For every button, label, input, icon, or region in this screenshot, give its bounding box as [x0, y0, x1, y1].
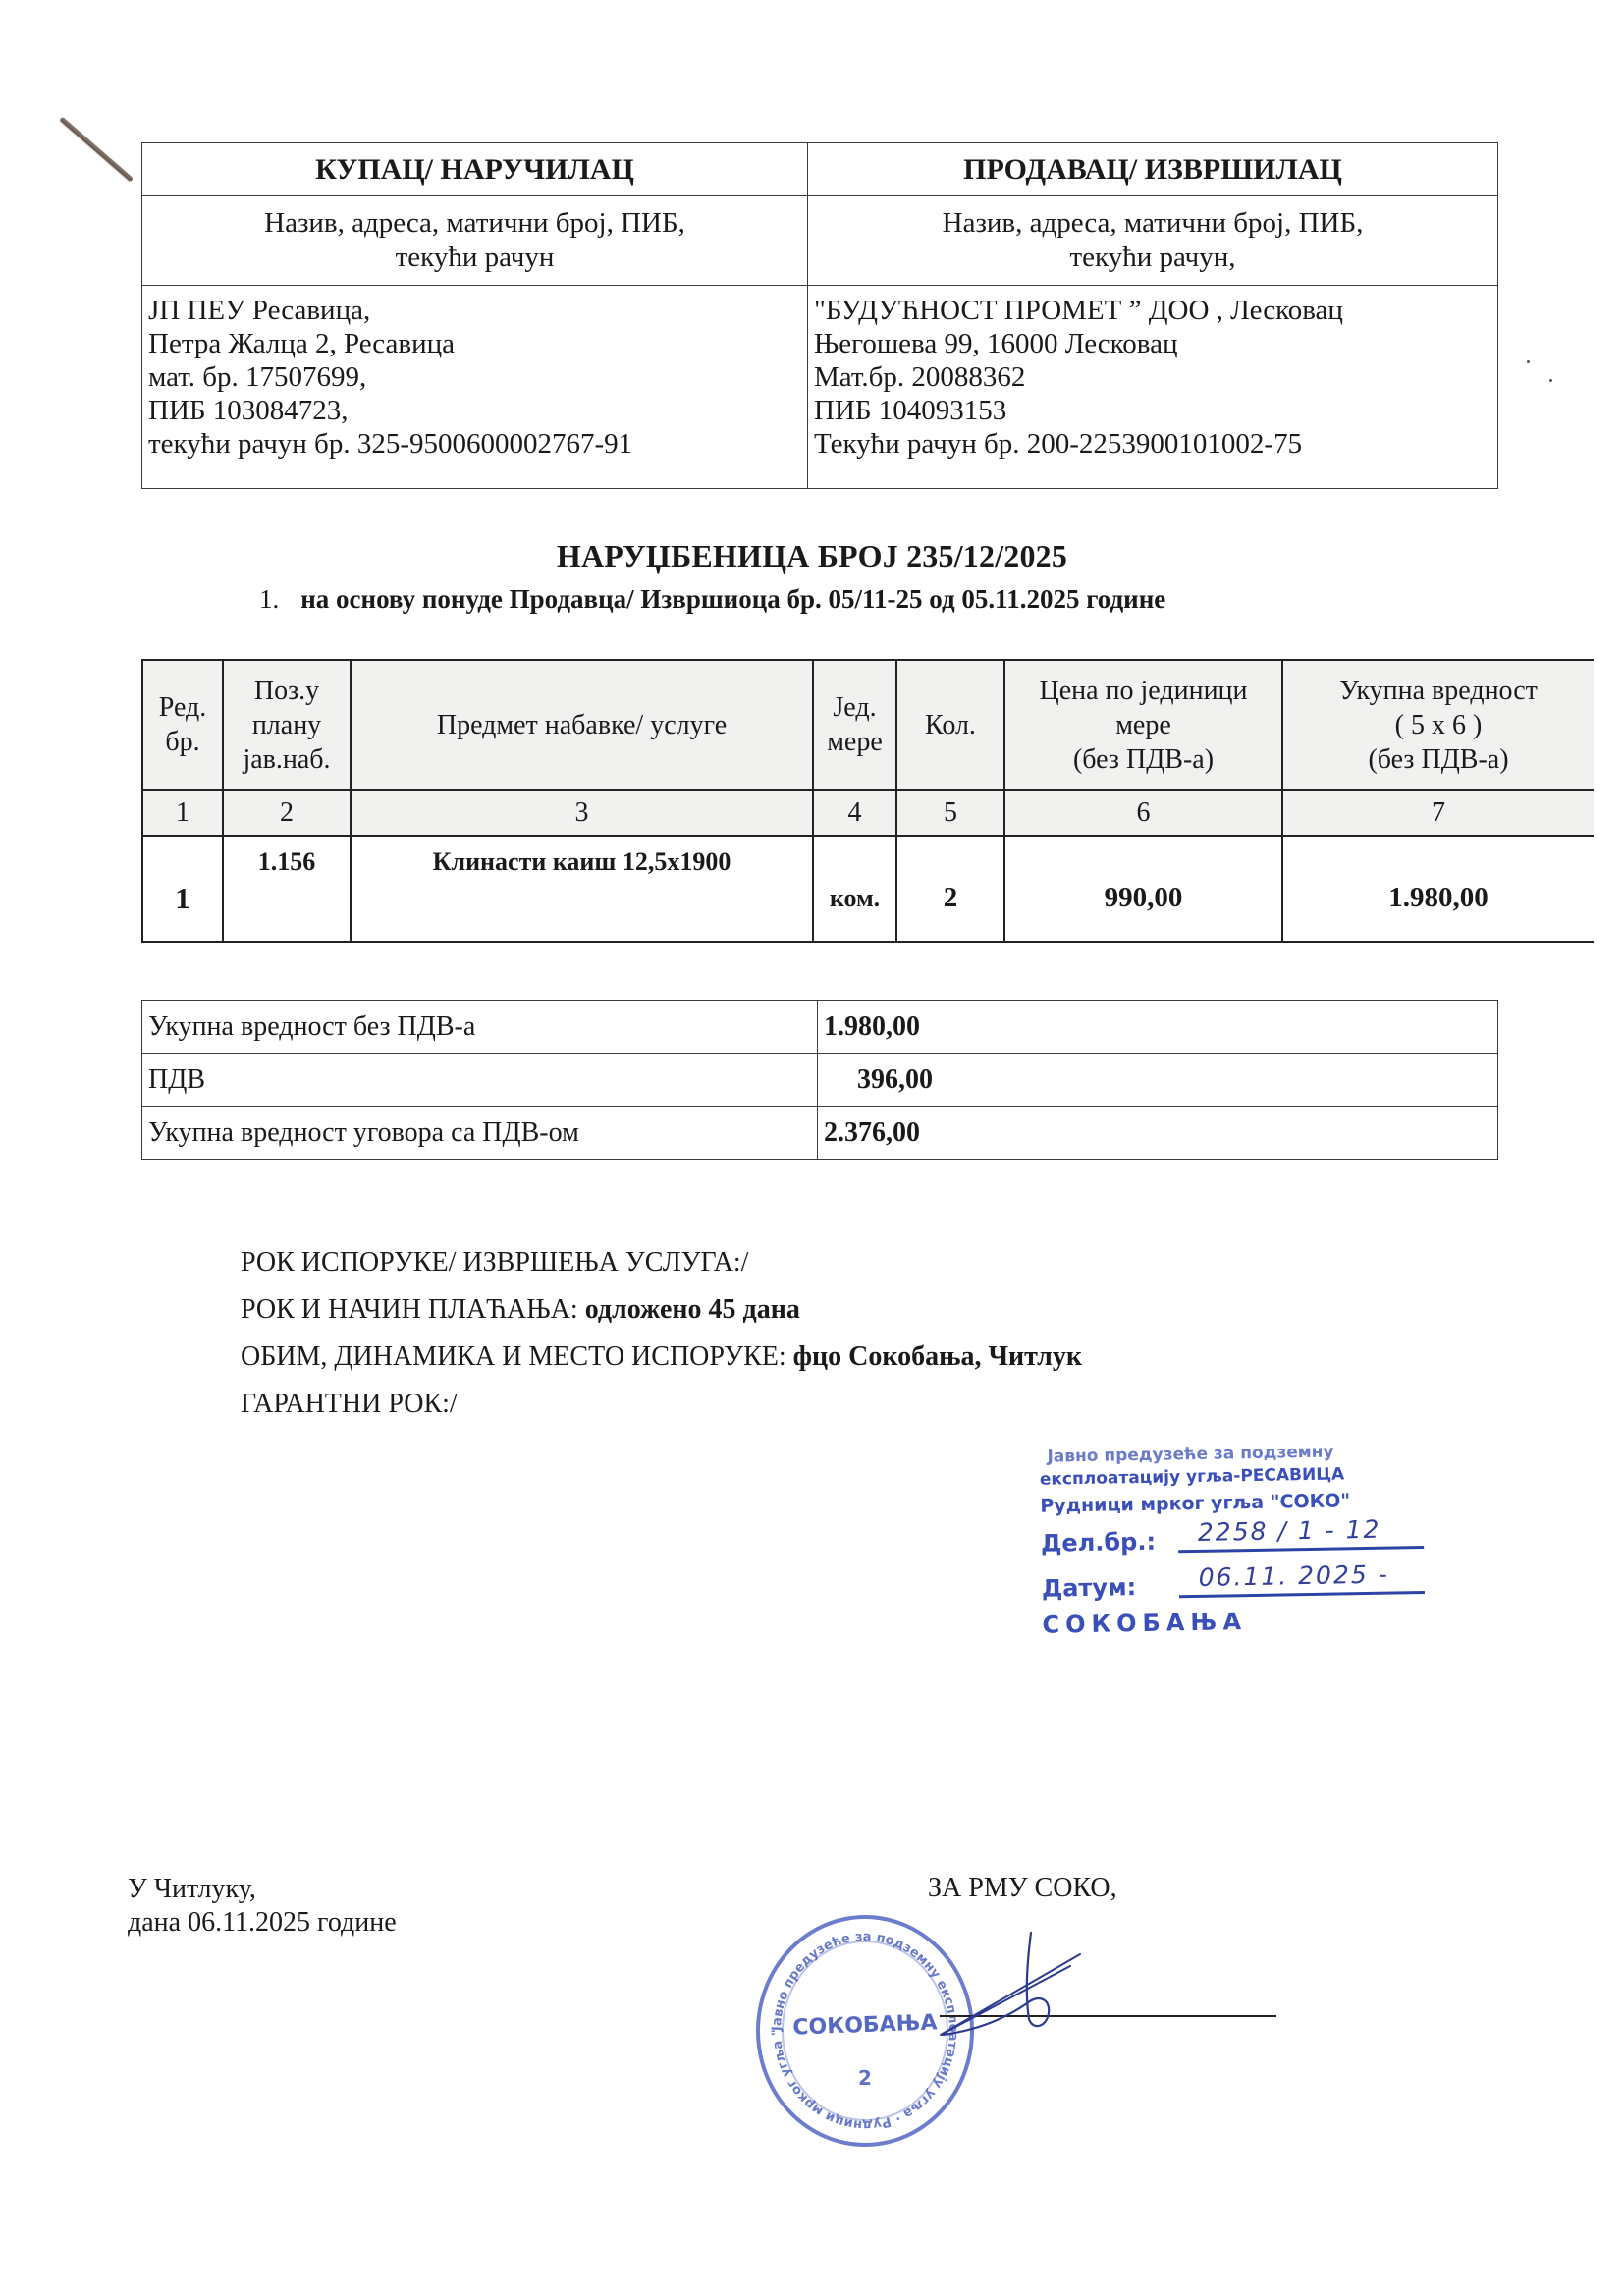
header-unit-price: Цена по јединици мере (без ПДВ-а) — [1004, 660, 1282, 790]
column-number: 4 — [813, 790, 896, 836]
header-line: Ред. — [143, 690, 222, 725]
seller-tax-id: ПИБ 104093153 — [814, 394, 1491, 427]
items-table: Ред. бр. Поз.у плану јав.наб. Предмет на… — [141, 659, 1594, 943]
buyer-address: Петра Жалца 2, Ресавица — [148, 327, 801, 360]
term-label: ГАРАНТНИ РОК:/ — [241, 1389, 458, 1419]
term-warranty: ГАРАНТНИ РОК:/ — [241, 1381, 1082, 1428]
table-row: 1 1.156 Клинасти каиш 12,5x1900 ком. 2 9… — [142, 836, 1594, 942]
header-line: мере — [814, 725, 895, 759]
column-number: 1 — [142, 790, 223, 836]
buyer-fields-label-line: текући рачун — [142, 241, 807, 275]
seller-fields-label: Назив, адреса, матични број, ПИБ, текући… — [808, 196, 1498, 286]
stamp-city: СОКОБАЊА — [1042, 1606, 1352, 1639]
order-basis-number: 1. — [259, 584, 279, 614]
cell-subject: Клинасти каиш 12,5x1900 — [351, 836, 813, 942]
header-line: Укупна вредност — [1283, 674, 1594, 708]
buyer-tax-id: ПИБ 103084723, — [148, 394, 801, 427]
staple-mark — [59, 117, 134, 183]
seller-registration-number: Мат.бр. 20088362 — [814, 360, 1491, 394]
total-net-value: 1.980,00 — [818, 1001, 1498, 1054]
totals-row-net: Укупна вредност без ПДВ-а 1.980,00 — [142, 1001, 1498, 1054]
round-stamp-number: 2 — [760, 2066, 970, 2090]
items-column-numbers-row: 1 2 3 4 5 6 7 — [142, 790, 1594, 836]
totals-table: Укупна вредност без ПДВ-а 1.980,00 ПДВ 3… — [141, 1000, 1498, 1160]
scan-speck — [1527, 360, 1530, 363]
stamp-ref-label: Дел.бр.: — [1041, 1528, 1156, 1558]
seller-bank-account: Текући рачун бр. 200-2253900101002-75 — [814, 427, 1491, 461]
buyer-registration-number: мат. бр. 17507699, — [148, 360, 801, 394]
header-line: мере — [1005, 708, 1281, 742]
term-label: ОБИМ, ДИНАМИКА И МЕСТО ИСПОРУКЕ: — [241, 1341, 793, 1372]
header-line: бр. — [143, 725, 222, 759]
header-line: плану — [224, 708, 350, 742]
header-line: ( 5 x 6 ) — [1283, 708, 1594, 742]
registration-stamp: Јавно предузеће за подземну експлоатациј… — [1039, 1441, 1352, 1638]
totals-row-vat: ПДВ 396,00 — [142, 1054, 1498, 1107]
term-value: одложено 45 дана — [585, 1294, 800, 1325]
header-unit: Јед. мере — [813, 660, 896, 790]
cell-plan-position: 1.156 — [223, 836, 351, 942]
stamp-date-handwritten: 06.11. 2025 - — [1198, 1553, 1389, 1601]
cell-unit: ком. — [813, 836, 896, 942]
buyer-bank-account: текући рачун бр. 325-9500600002767-91 — [148, 427, 801, 461]
place-and-date: У Читлуку, дана 06.11.2025 године — [128, 1873, 397, 1940]
column-number: 3 — [351, 790, 813, 836]
buyer-name: ЈП ПЕУ Ресавица, — [148, 294, 801, 327]
seller-heading: ПРОДАВАЦ/ ИЗВРШИЛАЦ — [808, 143, 1498, 196]
stamp-date-label: Датум: — [1042, 1573, 1137, 1603]
total-gross-value: 2.376,00 — [818, 1107, 1498, 1160]
cell-unit-price: 990,00 — [1004, 836, 1282, 942]
header-line: (без ПДВ-а) — [1005, 742, 1281, 777]
seller-fields-label-line: Назив, адреса, матични број, ПИБ, — [808, 206, 1497, 241]
scan-speck — [1549, 379, 1552, 382]
order-title: НАРУЏБЕНИЦА БРОЈ 235/12/2025 — [0, 538, 1624, 574]
seller-address: Његошева 99, 16000 Лесковац — [814, 327, 1491, 360]
issue-date: дана 06.11.2025 године — [128, 1906, 397, 1940]
seller-name: "БУДУЋНОСТ ПРОМЕТ ” ДОО , Лесковац — [814, 294, 1491, 327]
items-header-row: Ред. бр. Поз.у плану јав.наб. Предмет на… — [142, 660, 1594, 790]
for-company-label: ЗА РМУ СОКО, — [928, 1873, 1117, 1904]
buyer-heading: КУПАЦ/ НАРУЧИЛАЦ — [142, 143, 808, 196]
parties-table: КУПАЦ/ НАРУЧИЛАЦ ПРОДАВАЦ/ ИЗВРШИЛАЦ Наз… — [141, 142, 1498, 489]
stamp-ref-handwritten: 2258 / 1 - 12 — [1197, 1507, 1380, 1556]
signature — [923, 1925, 1159, 2043]
term-label: РОК ИСПОРУКЕ/ ИЗВРШЕЊА УСЛУГА:/ — [241, 1247, 748, 1278]
header-line: Јед. — [814, 690, 895, 725]
total-net-label: Укупна вредност без ПДВ-а — [142, 1001, 818, 1054]
header-line: Цена по јединици — [1005, 674, 1281, 708]
header-line: Поз.у — [224, 674, 350, 708]
seller-details: "БУДУЋНОСТ ПРОМЕТ ” ДОО , Лесковац Његош… — [808, 286, 1498, 489]
column-number: 6 — [1004, 790, 1282, 836]
total-gross-label: Укупна вредност уговора са ПДВ-ом — [142, 1107, 818, 1160]
buyer-fields-label-line: Назив, адреса, матични број, ПИБ, — [142, 206, 807, 241]
term-delivery-place: ОБИМ, ДИНАМИКА И МЕСТО ИСПОРУКЕ: фцо Сок… — [241, 1334, 1082, 1381]
buyer-details: ЈП ПЕУ Ресавица, Петра Жалца 2, Ресавица… — [142, 286, 808, 489]
buyer-fields-label: Назив, адреса, матични број, ПИБ, текући… — [142, 196, 808, 286]
vat-value: 396,00 — [818, 1054, 1498, 1107]
term-payment: РОК И НАЧИН ПЛАЋАЊА: одложено 45 дана — [241, 1286, 1082, 1334]
place: У Читлуку, — [128, 1873, 397, 1906]
header-quantity: Кол. — [896, 660, 1004, 790]
order-basis-text: на основу понуде Продавца/ Извршиоца бр.… — [300, 584, 1165, 614]
header-plan-position: Поз.у плану јав.наб. — [223, 660, 351, 790]
header-total: Укупна вредност ( 5 x 6 ) (без ПДВ-а) — [1282, 660, 1594, 790]
header-row-number: Ред. бр. — [142, 660, 223, 790]
seller-fields-label-line: текући рачун, — [808, 241, 1497, 275]
column-number: 5 — [896, 790, 1004, 836]
stamp-date-field: Датум: 06.11. 2025 - — [1041, 1560, 1352, 1612]
header-line: (без ПДВ-а) — [1283, 742, 1594, 777]
header-subject: Предмет набавке/ услуге — [351, 660, 813, 790]
order-terms: РОК ИСПОРУКЕ/ ИЗВРШЕЊА УСЛУГА:/ РОК И НА… — [241, 1239, 1082, 1428]
term-delivery-deadline: РОК ИСПОРУКЕ/ ИЗВРШЕЊА УСЛУГА:/ — [241, 1239, 1082, 1286]
header-line: Предмет набавке/ услуге — [352, 708, 812, 742]
order-basis: 1.на основу понуде Продавца/ Извршиоца б… — [259, 584, 1165, 615]
column-number: 2 — [223, 790, 351, 836]
term-label: РОК И НАЧИН ПЛАЋАЊА: — [241, 1294, 585, 1325]
term-value: фцо Сокобања, Читлук — [793, 1341, 1082, 1372]
cell-total: 1.980,00 — [1282, 836, 1594, 942]
totals-row-gross: Укупна вредност уговора са ПДВ-ом 2.376,… — [142, 1107, 1498, 1160]
cell-quantity: 2 — [896, 836, 1004, 942]
cell-row-number: 1 — [142, 836, 223, 942]
column-number: 7 — [1282, 790, 1594, 836]
header-line: Кол. — [897, 708, 1003, 742]
header-line: јав.наб. — [224, 742, 350, 777]
vat-label: ПДВ — [142, 1054, 818, 1107]
